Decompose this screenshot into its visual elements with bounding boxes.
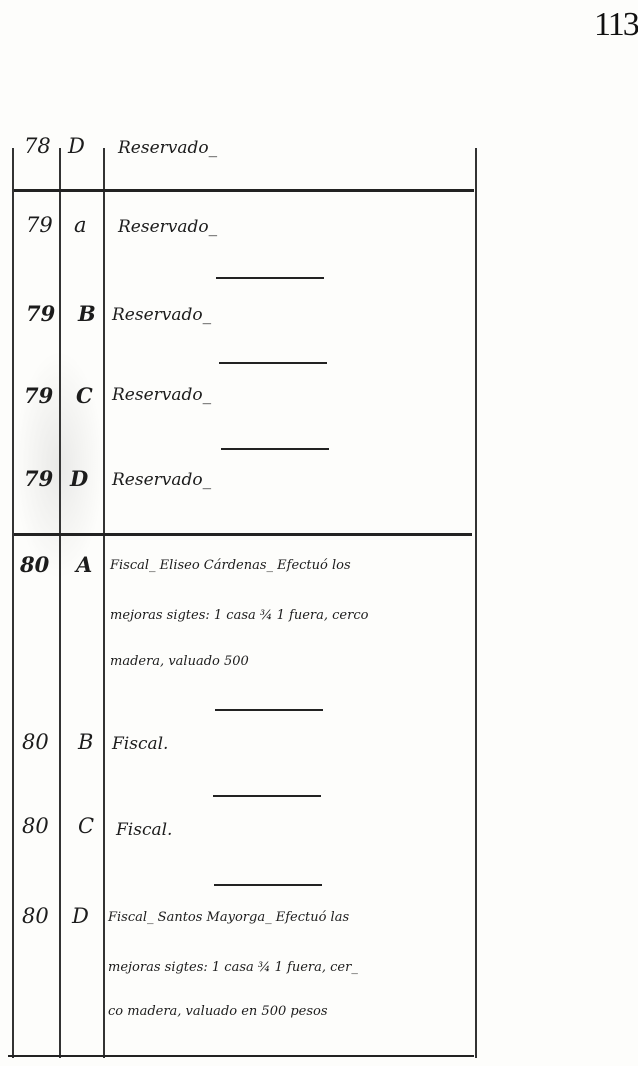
entry-letter: a	[74, 213, 87, 237]
entry-text: Reservado_	[112, 305, 211, 325]
column-rule-letter	[103, 148, 105, 1058]
entry-text-line: mejoras sigtes: 1 casa ¾ 1 fuera, cerco	[110, 608, 368, 623]
entry-text-line: Fiscal_ Santos Mayorga_ Efectuó las	[108, 910, 349, 925]
entry-text: Reservado_	[118, 138, 217, 158]
entry-number: 79	[26, 301, 55, 326]
page-number: 113	[594, 6, 638, 44]
entry-separator	[219, 362, 327, 364]
entry-separator	[215, 709, 323, 711]
entry-letter: B	[78, 730, 93, 754]
entry-letter: D	[72, 904, 89, 928]
entry-separator	[221, 448, 329, 450]
entry-separator	[216, 277, 324, 279]
entry-number: 79	[26, 213, 53, 237]
entry-number: 80	[22, 730, 49, 754]
entry-text-line: co madera, valuado en 500 pesos	[108, 1004, 328, 1019]
entry-number: 80	[22, 904, 49, 928]
entry-number: 78	[24, 134, 51, 158]
entry-separator	[214, 884, 322, 886]
entry-text: Reservado_	[112, 470, 211, 490]
entry-letter: D	[70, 466, 88, 491]
column-rule-left	[12, 148, 14, 1058]
entry-text: Fiscal.	[112, 734, 168, 754]
header-rule	[14, 189, 474, 192]
entry-separator	[213, 795, 321, 797]
entry-text: Reservado_	[118, 217, 217, 237]
entry-text-line: Fiscal_ Eliseo Cárdenas_ Efectuó los	[110, 558, 351, 573]
entry-letter: C	[76, 383, 93, 408]
entry-number: 79	[24, 383, 53, 408]
entry-letter: D	[68, 134, 85, 158]
bottom-rule	[8, 1055, 474, 1057]
entry-text-line: mejoras sigtes: 1 casa ¾ 1 fuera, cer_	[108, 960, 358, 975]
entry-letter: C	[78, 814, 94, 838]
column-rule-number	[59, 148, 61, 1058]
column-rule-right	[475, 148, 477, 1058]
entry-number: 80	[20, 552, 49, 577]
entry-number: 80	[22, 814, 49, 838]
entry-letter: B	[78, 301, 96, 326]
entry-text: Reservado_	[112, 385, 211, 405]
section-rule	[14, 533, 472, 536]
entry-number: 79	[24, 466, 53, 491]
entry-text-line: madera, valuado 500	[110, 654, 249, 669]
entry-letter: A	[76, 552, 92, 577]
entry-text: Fiscal.	[116, 820, 172, 840]
